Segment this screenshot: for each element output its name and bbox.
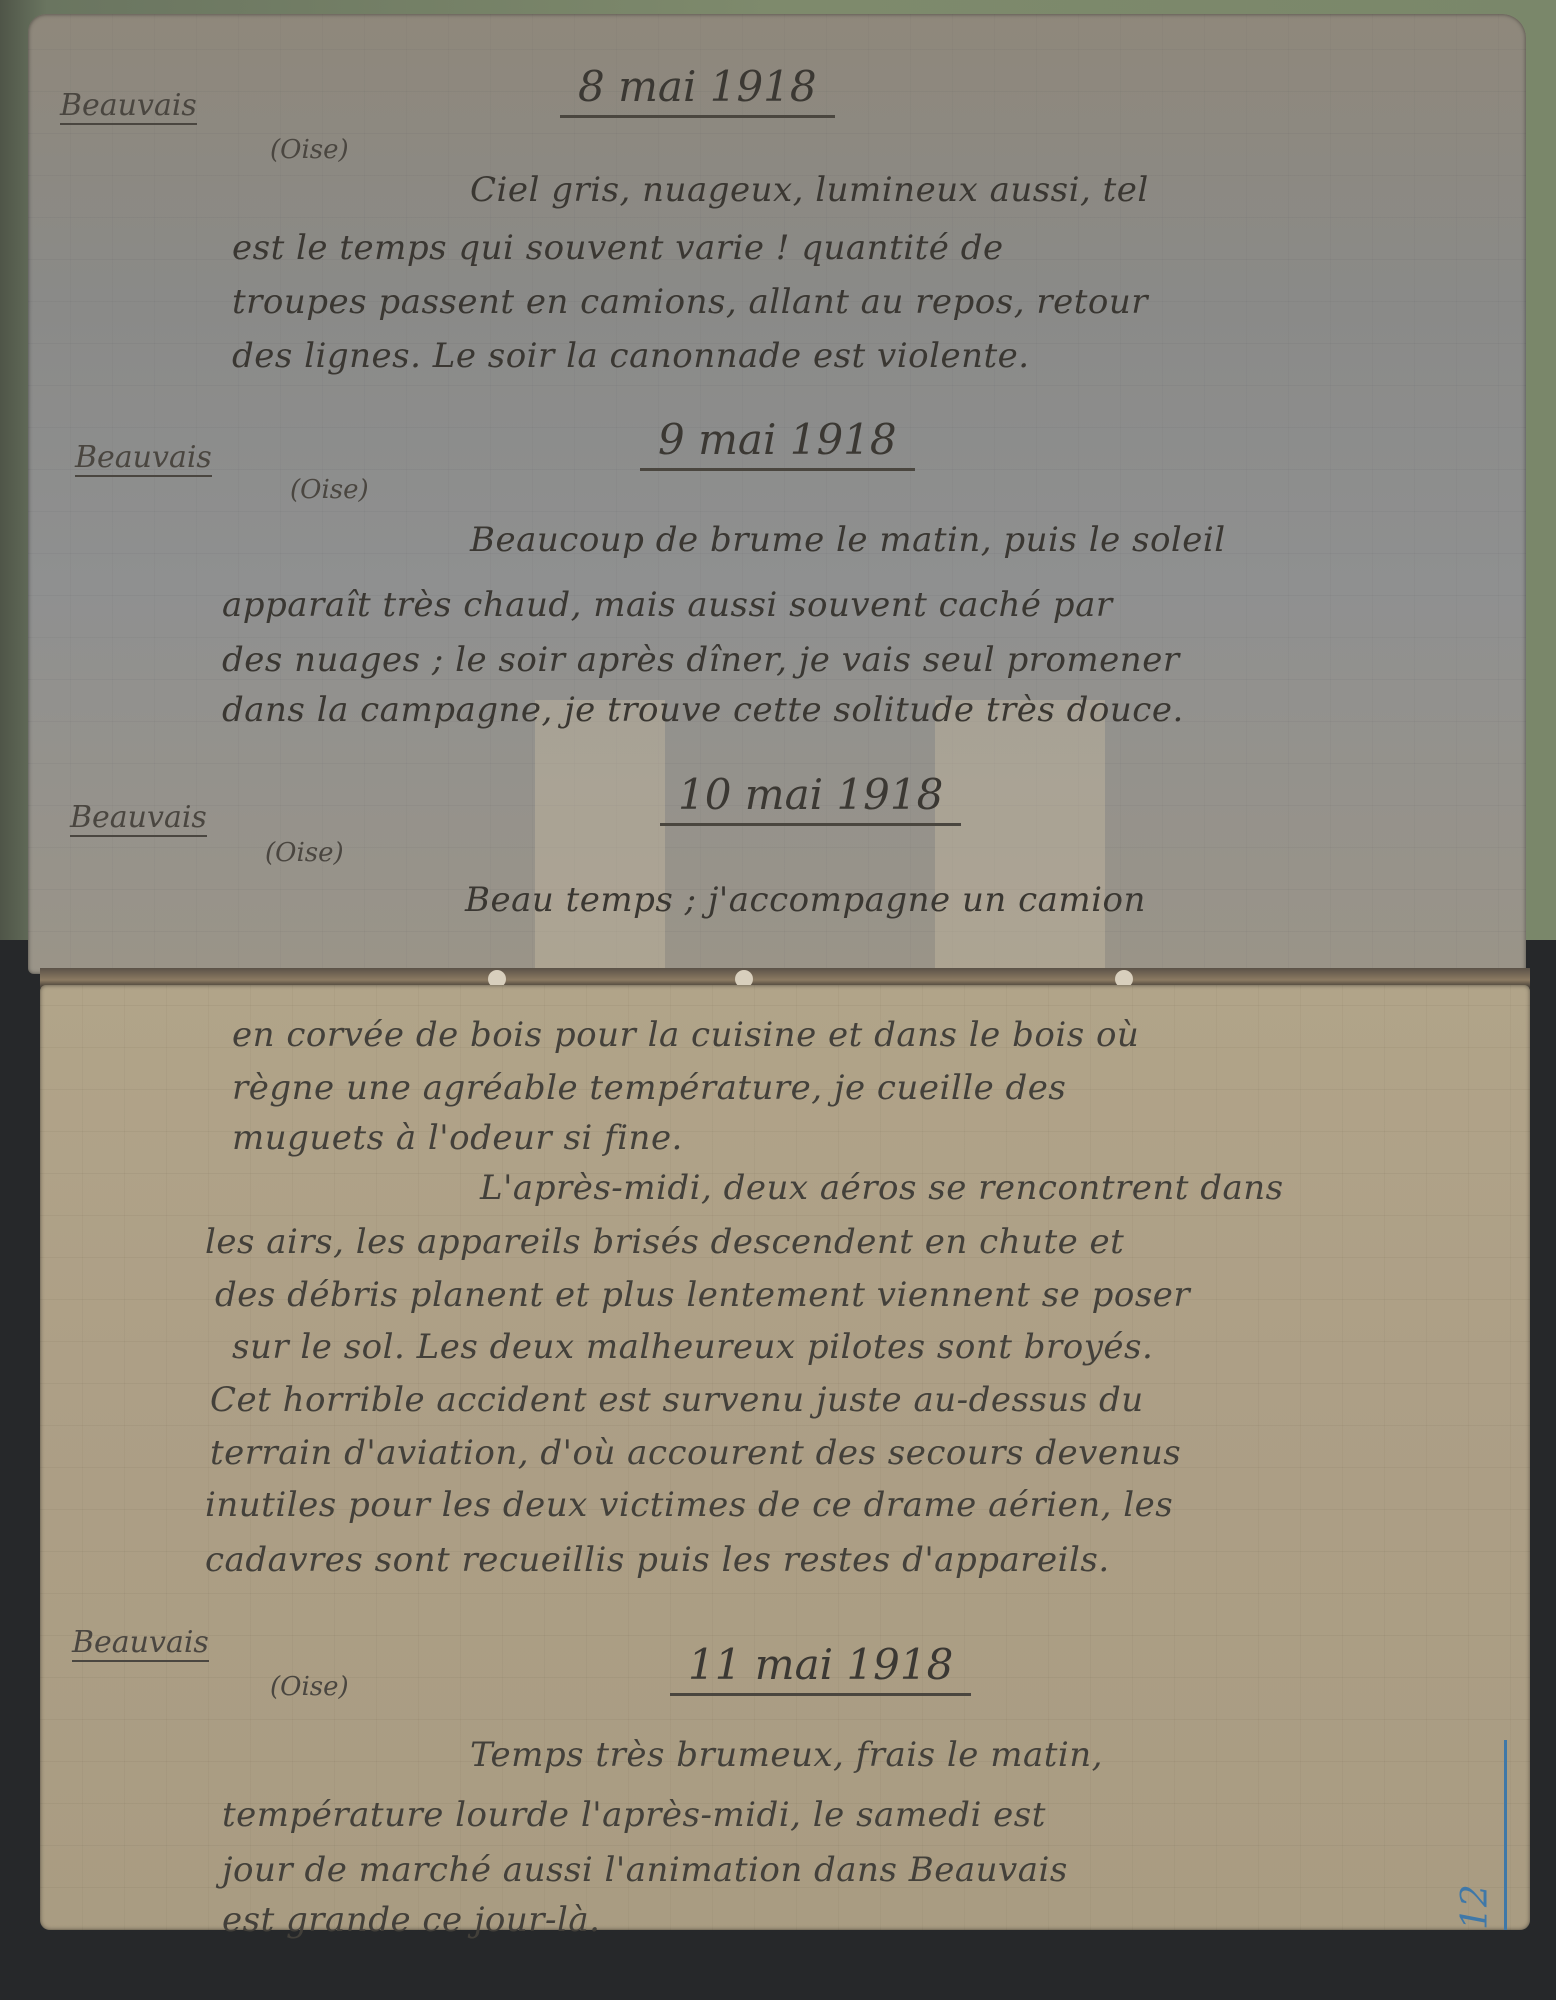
entry-date: 10 mai 1918 [660,770,961,826]
entry-line: dans la campagne, je trouve cette solitu… [222,690,1184,730]
entry-place: Beauvais [75,440,212,477]
notebook-page-top [28,14,1526,974]
entry-place-sub: (Oise) [265,838,344,868]
entry-line: inutiles pour les deux victimes de ce dr… [205,1485,1173,1525]
entry-place: Beauvais [70,800,207,837]
entry-place-sub: (Oise) [290,475,369,505]
entry-date: 11 mai 1918 [670,1640,971,1696]
entry-line: en corvée de bois pour la cuisine et dan… [232,1015,1139,1055]
paper-fold-highlight [935,700,1105,970]
entry-line: jour de marché aussi l'animation dans Be… [222,1850,1068,1890]
entry-line: troupes passent en camions, allant au re… [232,282,1148,322]
entry-line: apparaît très chaud, mais aussi souvent … [222,585,1113,625]
entry-place-sub: (Oise) [270,135,349,165]
entry-date: 8 mai 1918 [560,62,835,118]
entry-place: Beauvais [60,88,197,125]
entry-line: règne une agréable température, je cueil… [232,1068,1066,1108]
entry-line: muguets à l'odeur si fine. [232,1118,683,1158]
entry-line: des débris planent et plus lentement vie… [215,1275,1190,1315]
entry-line: terrain d'aviation, d'où accourent des s… [210,1433,1181,1473]
entry-line: est grande ce jour-là. [222,1900,601,1940]
entry-line: Ciel gris, nuageux, lumineux aussi, tel [470,170,1149,210]
entry-line: Beau temps ; j'accompagne un camion [465,880,1146,920]
entry-line: des nuages ; le soir après dîner, je vai… [222,640,1180,680]
entry-line: L'après-midi, deux aéros se rencontrent … [480,1168,1284,1208]
paper-fold-highlight [535,700,665,970]
entry-place-sub: (Oise) [270,1672,349,1702]
entry-line: cadavres sont recueillis puis les restes… [205,1540,1110,1580]
entry-place: Beauvais [72,1625,209,1662]
entry-line: des lignes. Le soir la canonnade est vio… [232,336,1030,376]
entry-date: 9 mai 1918 [640,415,915,471]
entry-line: Temps très brumeux, frais le matin, [470,1735,1103,1775]
entry-line: Cet horrible accident est survenu juste … [210,1380,1144,1420]
entry-line: Beaucoup de brume le matin, puis le sole… [470,520,1226,560]
entry-line: température lourde l'après-midi, le same… [222,1795,1046,1835]
entry-line: les airs, les appareils brisés descenden… [205,1222,1124,1262]
entry-line: est le temps qui souvent varie ! quantit… [232,228,1004,268]
entry-line: sur le sol. Les deux malheureux pilotes … [232,1327,1153,1367]
folio-number: 12 [1455,1740,1507,1930]
